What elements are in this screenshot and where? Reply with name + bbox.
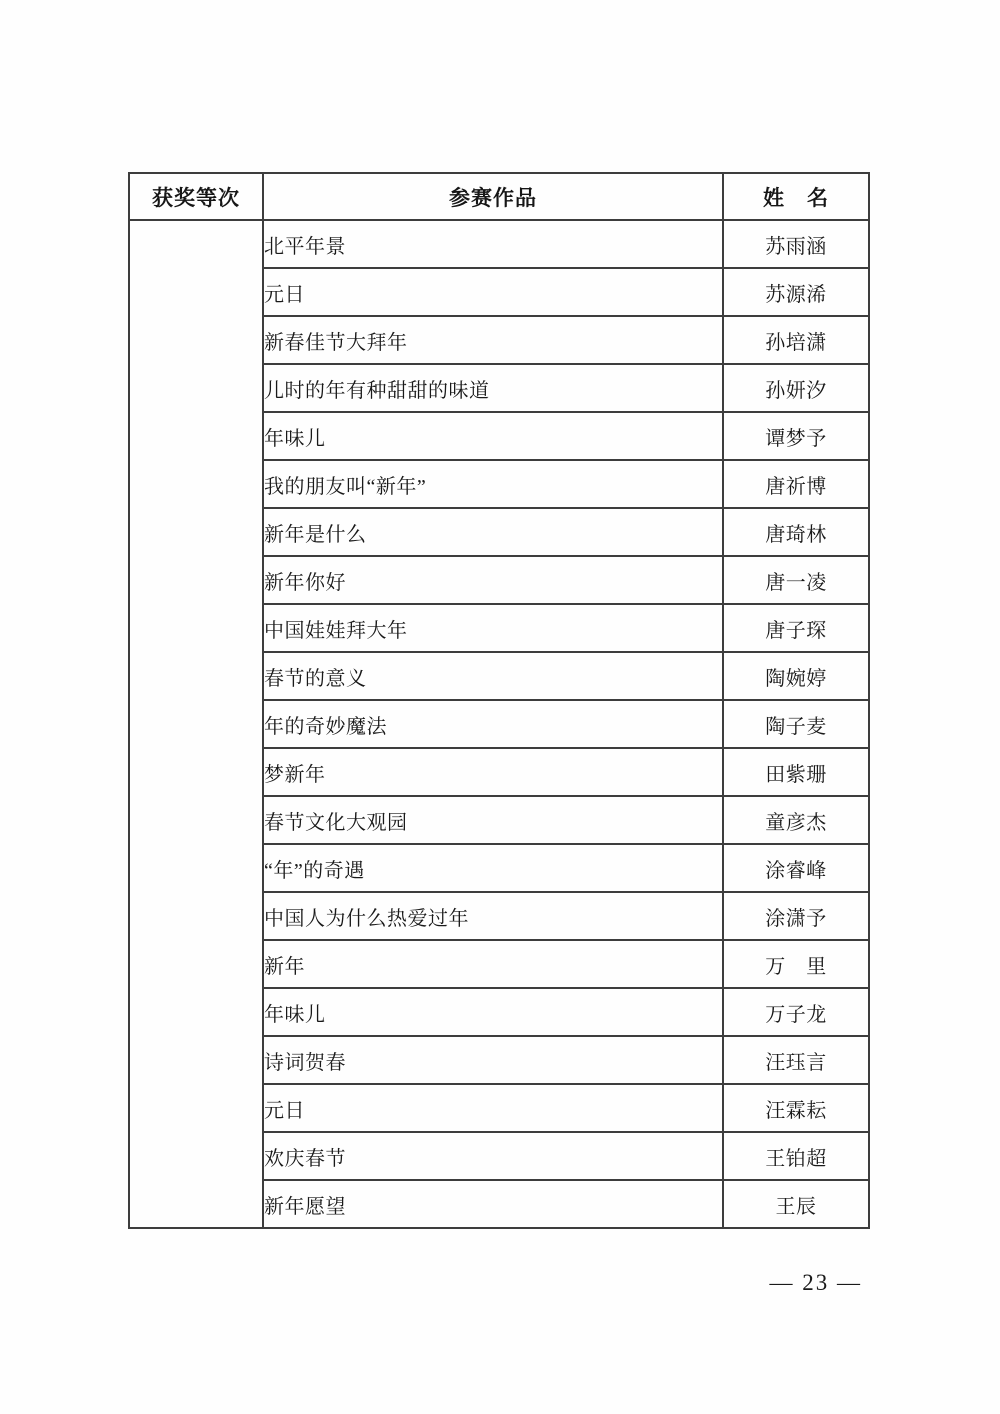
work-title-cell: 年味儿 (263, 412, 723, 460)
contestant-name-cell: 涂睿峰 (723, 844, 869, 892)
col-header-name: 姓 名 (723, 173, 869, 220)
contestant-name-cell: 汪霖耘 (723, 1084, 869, 1132)
contestant-name-cell: 童彦杰 (723, 796, 869, 844)
contestant-name-cell: 唐祈博 (723, 460, 869, 508)
col-header-work: 参赛作品 (263, 173, 723, 220)
work-title-cell: 春节的意义 (263, 652, 723, 700)
work-title-cell: 北平年景 (263, 220, 723, 268)
contestant-name-cell: 汪珏言 (723, 1036, 869, 1084)
contestant-name-cell: 苏雨涵 (723, 220, 869, 268)
work-title-cell: 年味儿 (263, 988, 723, 1036)
table-header-row: 获奖等次 参赛作品 姓 名 (129, 173, 869, 220)
work-title-cell: 新年是什么 (263, 508, 723, 556)
award-results-table: 获奖等次 参赛作品 姓 名 北平年景 苏雨涵 元日 苏源浠 新春佳节大拜年 孙培… (128, 172, 870, 1229)
contestant-name-cell: 谭梦予 (723, 412, 869, 460)
contestant-name-cell: 孙妍汐 (723, 364, 869, 412)
contestant-name-cell: 孙培潇 (723, 316, 869, 364)
work-title-cell: 新年你好 (263, 556, 723, 604)
work-title-cell: 我的朋友叫“新年” (263, 460, 723, 508)
contestant-name-cell: 唐琦林 (723, 508, 869, 556)
work-title-cell: “年”的奇遇 (263, 844, 723, 892)
work-title-cell: 新春佳节大拜年 (263, 316, 723, 364)
contestant-name-cell: 陶子麦 (723, 700, 869, 748)
contestant-name-cell: 王铂超 (723, 1132, 869, 1180)
contestant-name-cell: 田紫珊 (723, 748, 869, 796)
contestant-name-cell: 唐一凌 (723, 556, 869, 604)
work-title-cell: 诗词贺春 (263, 1036, 723, 1084)
table-row: 北平年景 苏雨涵 (129, 220, 869, 268)
work-title-cell: 新年愿望 (263, 1180, 723, 1228)
work-title-cell: 元日 (263, 268, 723, 316)
page-number: — 23 — (770, 1270, 863, 1296)
work-title-cell: 年的奇妙魔法 (263, 700, 723, 748)
contestant-name-cell: 陶婉婷 (723, 652, 869, 700)
contestant-name-cell: 万 里 (723, 940, 869, 988)
col-header-award-level: 获奖等次 (129, 173, 263, 220)
contestant-name-cell: 唐子琛 (723, 604, 869, 652)
contestant-name-cell: 王辰 (723, 1180, 869, 1228)
work-title-cell: 新年 (263, 940, 723, 988)
work-title-cell: 欢庆春节 (263, 1132, 723, 1180)
work-title-cell: 儿时的年有种甜甜的味道 (263, 364, 723, 412)
work-title-cell: 中国娃娃拜大年 (263, 604, 723, 652)
work-title-cell: 元日 (263, 1084, 723, 1132)
document-page: 获奖等次 参赛作品 姓 名 北平年景 苏雨涵 元日 苏源浠 新春佳节大拜年 孙培… (0, 0, 1000, 1414)
contestant-name-cell: 涂潇予 (723, 892, 869, 940)
award-level-cell (129, 220, 263, 1228)
work-title-cell: 中国人为什么热爱过年 (263, 892, 723, 940)
contestant-name-cell: 万子龙 (723, 988, 869, 1036)
contestant-name-cell: 苏源浠 (723, 268, 869, 316)
work-title-cell: 梦新年 (263, 748, 723, 796)
work-title-cell: 春节文化大观园 (263, 796, 723, 844)
